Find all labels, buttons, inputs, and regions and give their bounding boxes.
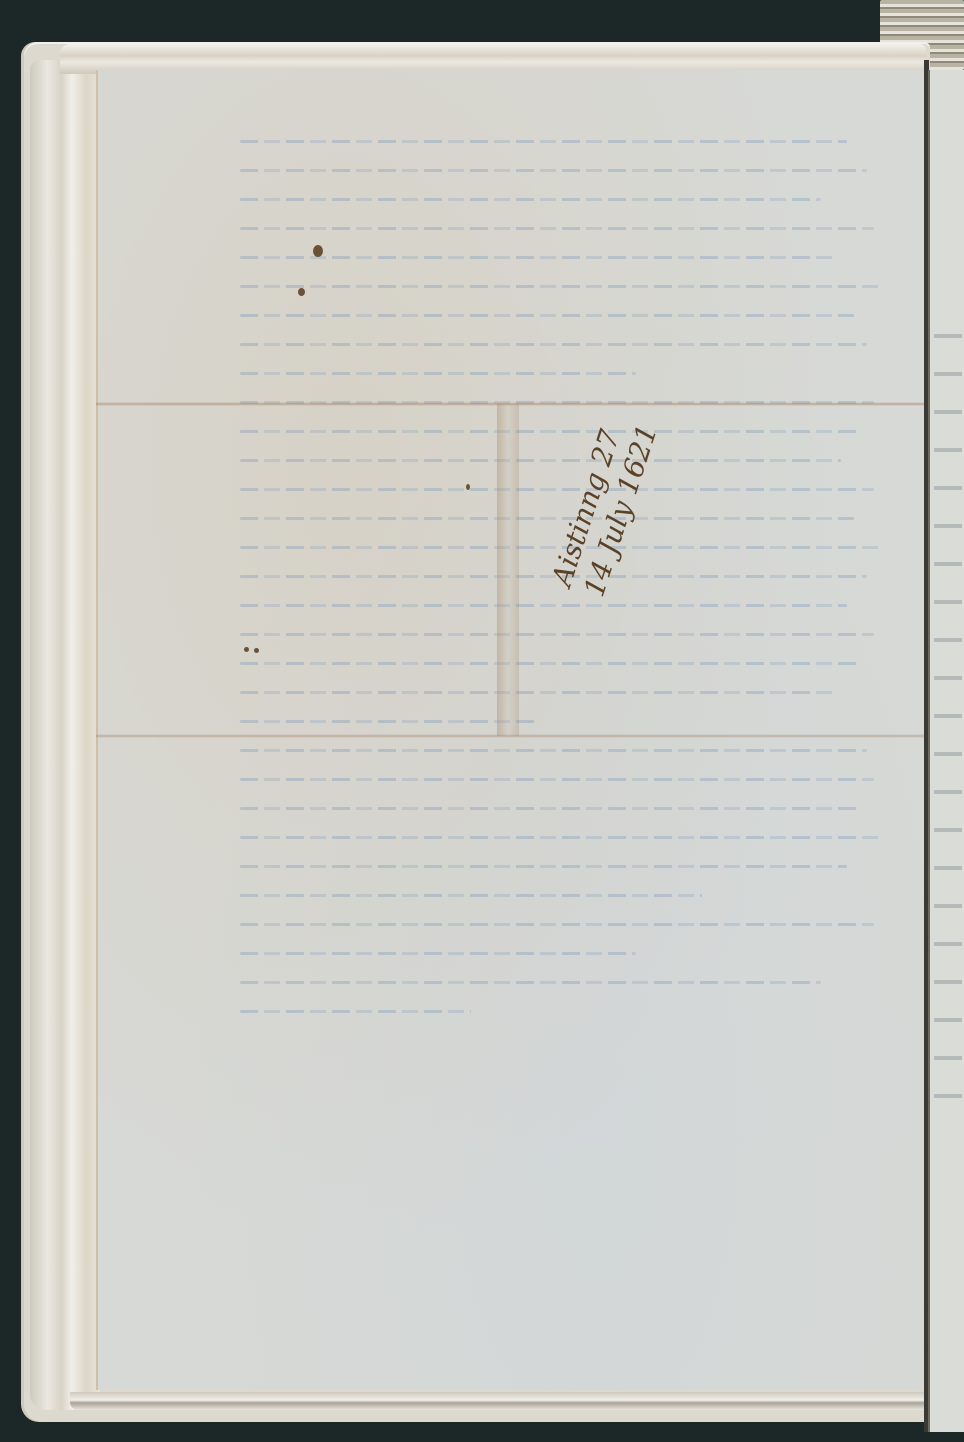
ink-stain [244,647,249,652]
ink-stain [254,648,259,653]
bleed-through-text [240,140,900,1150]
page-stack-bottom-edge [70,1392,930,1410]
fold-line-vertical [497,404,519,736]
ink-stain [298,288,305,296]
ink-stain [313,245,323,257]
ink-stain [466,484,470,490]
page-stack-left-edge [30,60,100,1410]
facing-page-text-fragments [934,300,962,1100]
